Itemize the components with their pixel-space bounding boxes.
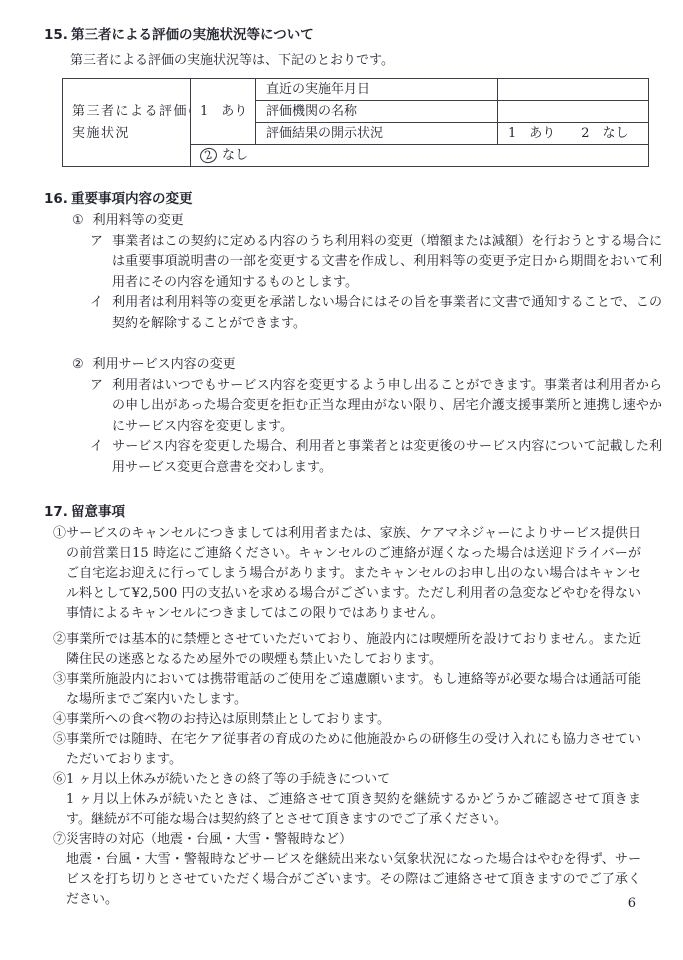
item-label: 利用サービス内容の変更 xyxy=(93,357,236,372)
note-text: 事業所では基本的に禁煙とさせていただいており、施設内には喫煙所を設けておりません… xyxy=(66,632,641,667)
subitem-a: ア事業者はこの契約に定める内容のうち利用料の変更（増額または減額）を行おうとする… xyxy=(90,232,662,294)
note-text: 事業所では随時、在宅ケア従事者の育成のために他施設からの研修生の受け入れにも協力… xyxy=(66,732,641,767)
disclosure-options-cell: 1 あり 2 なし xyxy=(498,123,649,145)
item-marker: ② xyxy=(72,357,84,372)
subitem-text: 利用者はいつでもサービス内容を変更するよう申し出ることができます。事業者は利用者… xyxy=(112,378,662,434)
subitem-marker: ア xyxy=(90,376,112,397)
subitem-text: 利用者は利用料等の変更を承諾しない場合にはその旨を事業者に文書で通知することで、… xyxy=(112,295,662,331)
note-marker: ⑦ xyxy=(53,832,66,847)
section-17: 17. 留意事項 ①サービスのキャンセルにつきましては利用者または、家族、ケアマ… xyxy=(44,503,640,910)
field-label-cell: 評価機関の名称 xyxy=(256,101,498,123)
section-16: 16. 重要事項内容の変更 ①利用料等の変更 ア事業者はこの契約に定める内容のう… xyxy=(44,190,640,478)
item-marker: ① xyxy=(72,213,84,228)
note-item-6-body: 1 ヶ月以上休みが続いたときは、ご連絡させて頂き契約を継続するかどうかご確認させ… xyxy=(66,790,641,830)
note-item-6-heading: ⑥1 ヶ月以上休みが続いたときの終了等の手続きについて xyxy=(53,770,641,790)
note-marker: ③ xyxy=(53,672,66,687)
circled-2-selection-mark: 2 xyxy=(198,146,218,165)
change-item-2: ②利用サービス内容の変更 ア利用者はいつでもサービス内容を変更するよう申し出るこ… xyxy=(44,355,640,478)
subitem-i: イ利用者は利用料等の変更を承諾しない場合にはその旨を事業者に文書で通知することで… xyxy=(90,293,662,334)
note-text: 事業所施設内においては携帯電話のご使用をご遠慮願います。もし連絡等が必要な場合は… xyxy=(66,672,641,707)
note-item-7-body: 地震・台風・大雪・警報時などサービスを継続出来ない気象状況になった場合はやむを得… xyxy=(66,850,641,910)
table-row: 第三者による評価の 実施状況 1 あり 直近の実施年月日 xyxy=(63,79,649,101)
subitem-a: ア利用者はいつでもサービス内容を変更するよう申し出ることができます。事業者は利用… xyxy=(90,376,662,438)
note-marker: ④ xyxy=(53,712,66,727)
option-2-nashi-cell: 2なし xyxy=(191,145,649,167)
section-15: 15. 第三者による評価の実施状況等について 第三者による評価の実施状況等は、下… xyxy=(44,26,640,167)
note-item-7-heading: ⑦災害時の対応（地震・台風・大雪・警報時など） xyxy=(53,830,641,850)
section-15-title: 第三者による評価の実施状況等について xyxy=(71,26,314,44)
note-marker: ② xyxy=(53,632,66,647)
item-label: 利用料等の変更 xyxy=(93,213,184,228)
section-17-title: 留意事項 xyxy=(71,503,125,521)
eval-row-header-cell: 第三者による評価の 実施状況 xyxy=(63,79,191,167)
note-item-5: ⑤事業所では随時、在宅ケア従事者の育成のために他施設からの研修生の受け入れにも協… xyxy=(53,730,641,770)
document-page: 15. 第三者による評価の実施状況等について 第三者による評価の実施状況等は、下… xyxy=(0,0,683,960)
note-marker: ① xyxy=(53,526,66,541)
change-item-heading: ②利用サービス内容の変更 xyxy=(72,355,640,376)
field-label-cell: 直近の実施年月日 xyxy=(256,79,498,101)
section-16-title: 重要事項内容の変更 xyxy=(71,190,193,208)
field-label-cell: 評価結果の開示状況 xyxy=(256,123,498,145)
section-16-number: 16. xyxy=(44,190,71,208)
subitem-i: イサービス内容を変更した場合、利用者と事業者とは変更後のサービス内容について記載… xyxy=(90,437,662,478)
note-item-4: ④事業所への食べ物のお持込は原則禁止としております。 xyxy=(53,710,641,730)
change-item-1: ①利用料等の変更 ア事業者はこの契約に定める内容のうち利用料の変更（増額または減… xyxy=(44,211,640,334)
section-16-heading: 16. 重要事項内容の変更 xyxy=(44,190,640,208)
subitem-marker: イ xyxy=(90,293,112,314)
option-1-ari-cell: 1 あり xyxy=(191,79,256,145)
note-heading: 災害時の対応（地震・台風・大雪・警報時など） xyxy=(66,832,352,847)
section-15-heading: 15. 第三者による評価の実施状況等について xyxy=(44,26,640,44)
subitem-marker: イ xyxy=(90,437,112,458)
note-heading: 1 ヶ月以上休みが続いたときの終了等の手続きについて xyxy=(66,772,390,787)
note-text: サービスのキャンセルにつきましては利用者または、家族、ケアマネジャーによりサービ… xyxy=(66,526,641,621)
evaluation-status-table: 第三者による評価の 実施状況 1 あり 直近の実施年月日 評価機関の名称 評価結… xyxy=(62,78,649,167)
section-17-heading: 17. 留意事項 xyxy=(44,503,640,521)
field-value-cell xyxy=(498,79,649,101)
subitem-text: 事業者はこの契約に定める内容のうち利用料の変更（増額または減額）を行おうとする場… xyxy=(112,234,662,290)
note-item-2: ②事業所では基本的に禁煙とさせていただいており、施設内には喫煙所を設けておりませ… xyxy=(53,630,641,670)
note-marker: ⑤ xyxy=(53,732,66,747)
note-text: 事業所への食べ物のお持込は原則禁止としております。 xyxy=(66,712,390,727)
subitem-marker: ア xyxy=(90,232,112,253)
note-marker: ⑥ xyxy=(53,772,66,787)
change-item-heading: ①利用料等の変更 xyxy=(72,211,640,232)
section-15-number: 15. xyxy=(44,26,71,44)
page-number: 6 xyxy=(628,896,636,911)
section-17-number: 17. xyxy=(44,503,71,521)
option-2-label: なし xyxy=(222,148,248,163)
section-15-intro: 第三者による評価の実施状況等は、下記のとおりです。 xyxy=(70,51,640,71)
note-item-1: ①サービスのキャンセルにつきましては利用者または、家族、ケアマネジャーによりサー… xyxy=(53,524,641,624)
subitem-text: サービス内容を変更した場合、利用者と事業者とは変更後のサービス内容について記載し… xyxy=(112,439,662,475)
note-item-3: ③事業所施設内においては携帯電話のご使用をご遠慮願います。もし連絡等が必要な場合… xyxy=(53,670,641,710)
field-value-cell xyxy=(498,101,649,123)
notes-list: ①サービスのキャンセルにつきましては利用者または、家族、ケアマネジャーによりサー… xyxy=(53,524,641,910)
